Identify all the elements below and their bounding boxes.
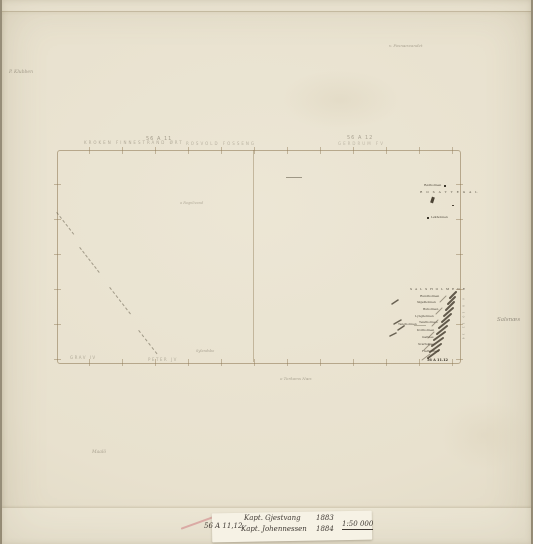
top-edge-names-left-2: ROSVOLD FOSSENG [186,142,256,146]
surveyor-2-year: 1884 [316,526,334,534]
annotation-bottom-center: o Torkams Næs [280,377,312,381]
islet-mark [452,205,454,206]
annotation-left-edge: P. Klubben [9,71,33,76]
scanned-map-photo: KROKEN FINNESTRAND ØRT 56 A 11 ROSVOLD F… [0,0,533,544]
sheet-divider-line [253,150,254,362]
top-edge-names-right: GERDRUM FV [338,142,385,146]
surveyor-1-year: 1883 [316,515,334,523]
islet-label: Løkholmen [431,216,448,219]
islet-group-name: R O S A T T E G A L [420,191,479,194]
pencil-mark [286,177,302,178]
surveyor-1-name: Kapt. Gjestvang [244,515,301,523]
bottom-edge-name-3: Sylandsbo [196,350,214,354]
hatched-coastline [388,282,466,366]
islet-mark [444,185,446,187]
paper-crease [2,11,531,12]
islet-label: Rødholmen [424,184,441,187]
annotation-top-right: v. Fosnæsvandet [389,44,423,48]
annotation-right-edge: Salsnæs [497,317,520,323]
scan-edge-left [0,0,2,544]
frame-ticks-top [57,147,459,154]
frame-ticks-left [54,150,61,362]
sheet-reference: 56 A 11,12. [204,523,245,531]
map-scale: 1:50 000 [342,521,373,530]
annotation-bottom-left: Maalö [92,451,106,456]
bottom-edge-name-1: GRAV IV [70,356,97,360]
annotation-inside-left: a Rognlivand [180,202,203,206]
sheet-left-number: 56 A 11 [146,137,172,143]
surveyor-2-name: Kapt. Johennessen [241,526,307,534]
bottom-edge-name-2: PETER JV [148,358,178,362]
islet-mark [427,217,429,219]
paper-top-fold [2,0,531,11]
